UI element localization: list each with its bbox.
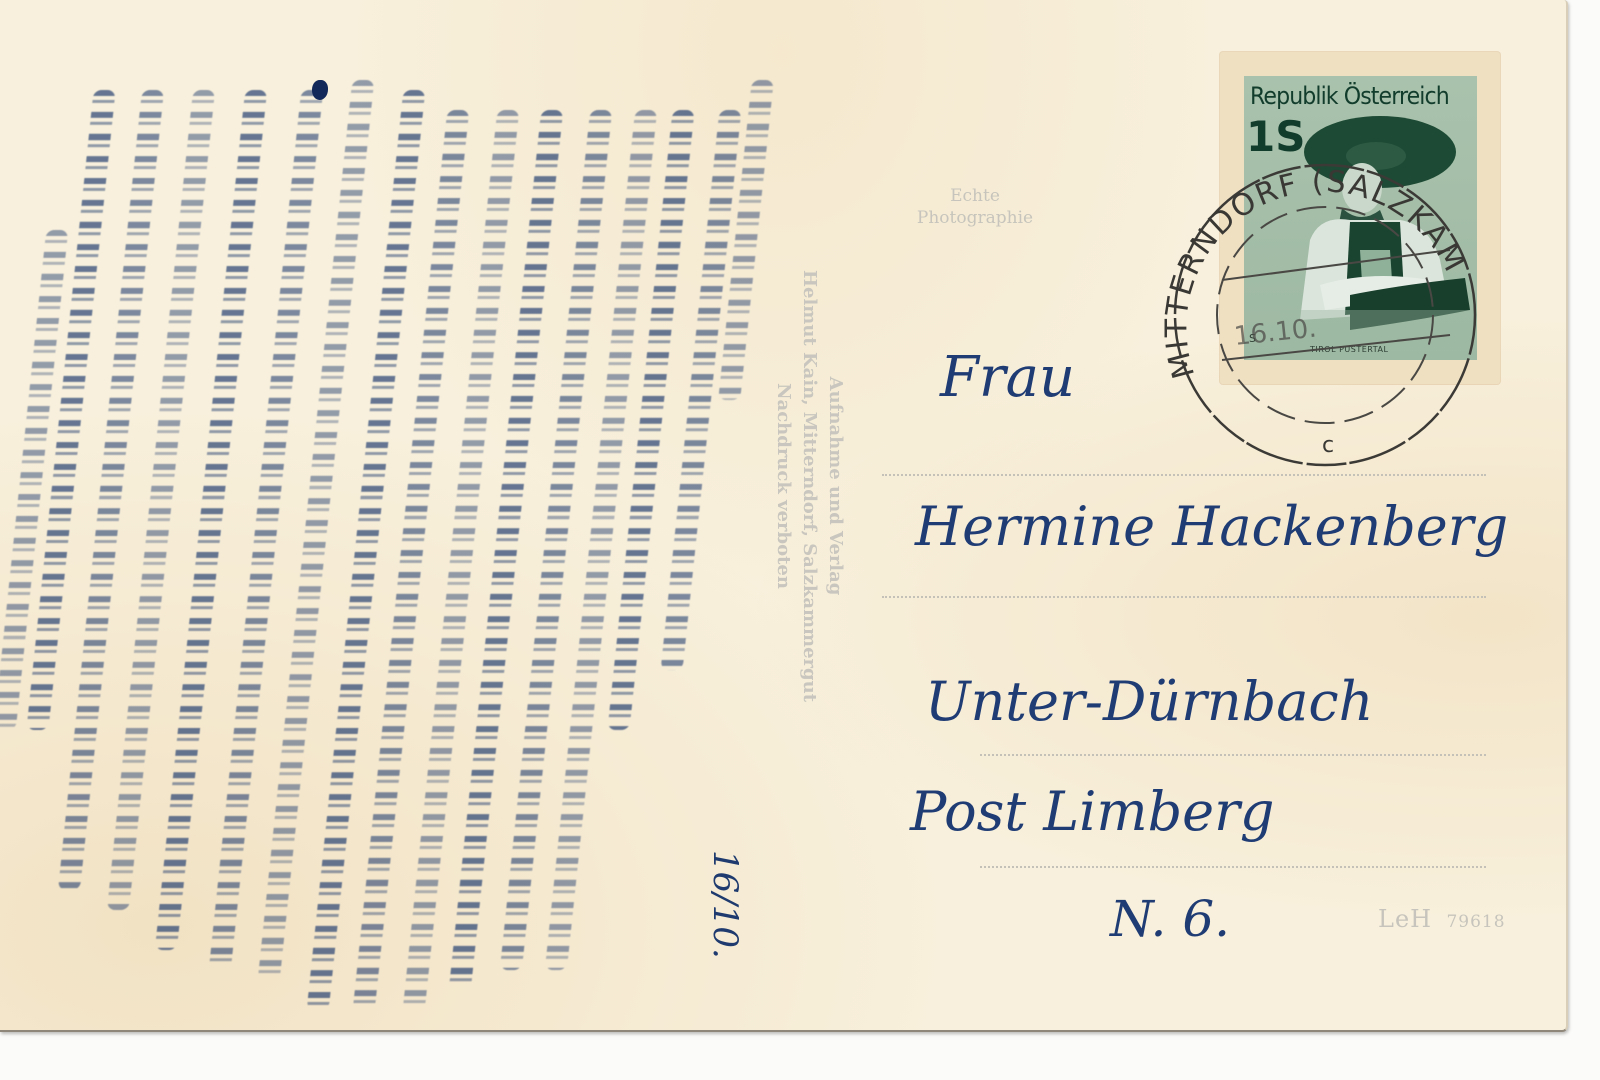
address-line-1 (882, 474, 1486, 476)
address-salutation: Frau (940, 345, 1075, 410)
recipient-name: Hermine Hackenberg (915, 495, 1508, 558)
handwriting-column (58, 90, 164, 890)
stamp-corner-letter: S (1249, 332, 1256, 345)
printer-mark: LeH (1378, 905, 1432, 933)
publisher-line-3: Nachdruck verboten (770, 270, 796, 702)
recipient-house-number: N. 6. (1110, 890, 1230, 948)
publisher-line-1: Aufnahme und Verlag (822, 270, 848, 702)
publisher-imprint: Aufnahme und Verlag Helmut Kain, Mittern… (770, 270, 848, 702)
message-date: 16/10. (705, 850, 745, 959)
handwritten-message (0, 50, 790, 1010)
photo-label: Echte Photographie (900, 185, 1050, 229)
stamp-country-text: Republik Österreich (1250, 82, 1456, 110)
address-line-3 (980, 754, 1486, 756)
svg-text:c: c (1322, 433, 1334, 458)
print-number: 79618 (1446, 912, 1505, 932)
photo-label-line-1: Echte (900, 185, 1050, 207)
publisher-line-2: Helmut Kain, Mitterndorf, Salzkammergut (796, 270, 822, 702)
print-code: LeH 79618 (1378, 905, 1506, 933)
address-line-2 (882, 596, 1486, 598)
postcard: 16/10. Aufnahme und Verlag Helmut Kain, … (0, 0, 1568, 1032)
stamp-portrait-icon (1280, 110, 1475, 350)
handwriting-column (155, 90, 267, 950)
handwriting-column (107, 90, 215, 910)
address-line-4 (980, 866, 1486, 868)
recipient-post-office: Post Limberg (910, 780, 1274, 843)
recipient-locality: Unter-Dürnbach (925, 670, 1373, 733)
stamp-caption: TIROL PUSTERTAL (1310, 345, 1388, 354)
photo-label-line-2: Photographie (900, 207, 1050, 229)
